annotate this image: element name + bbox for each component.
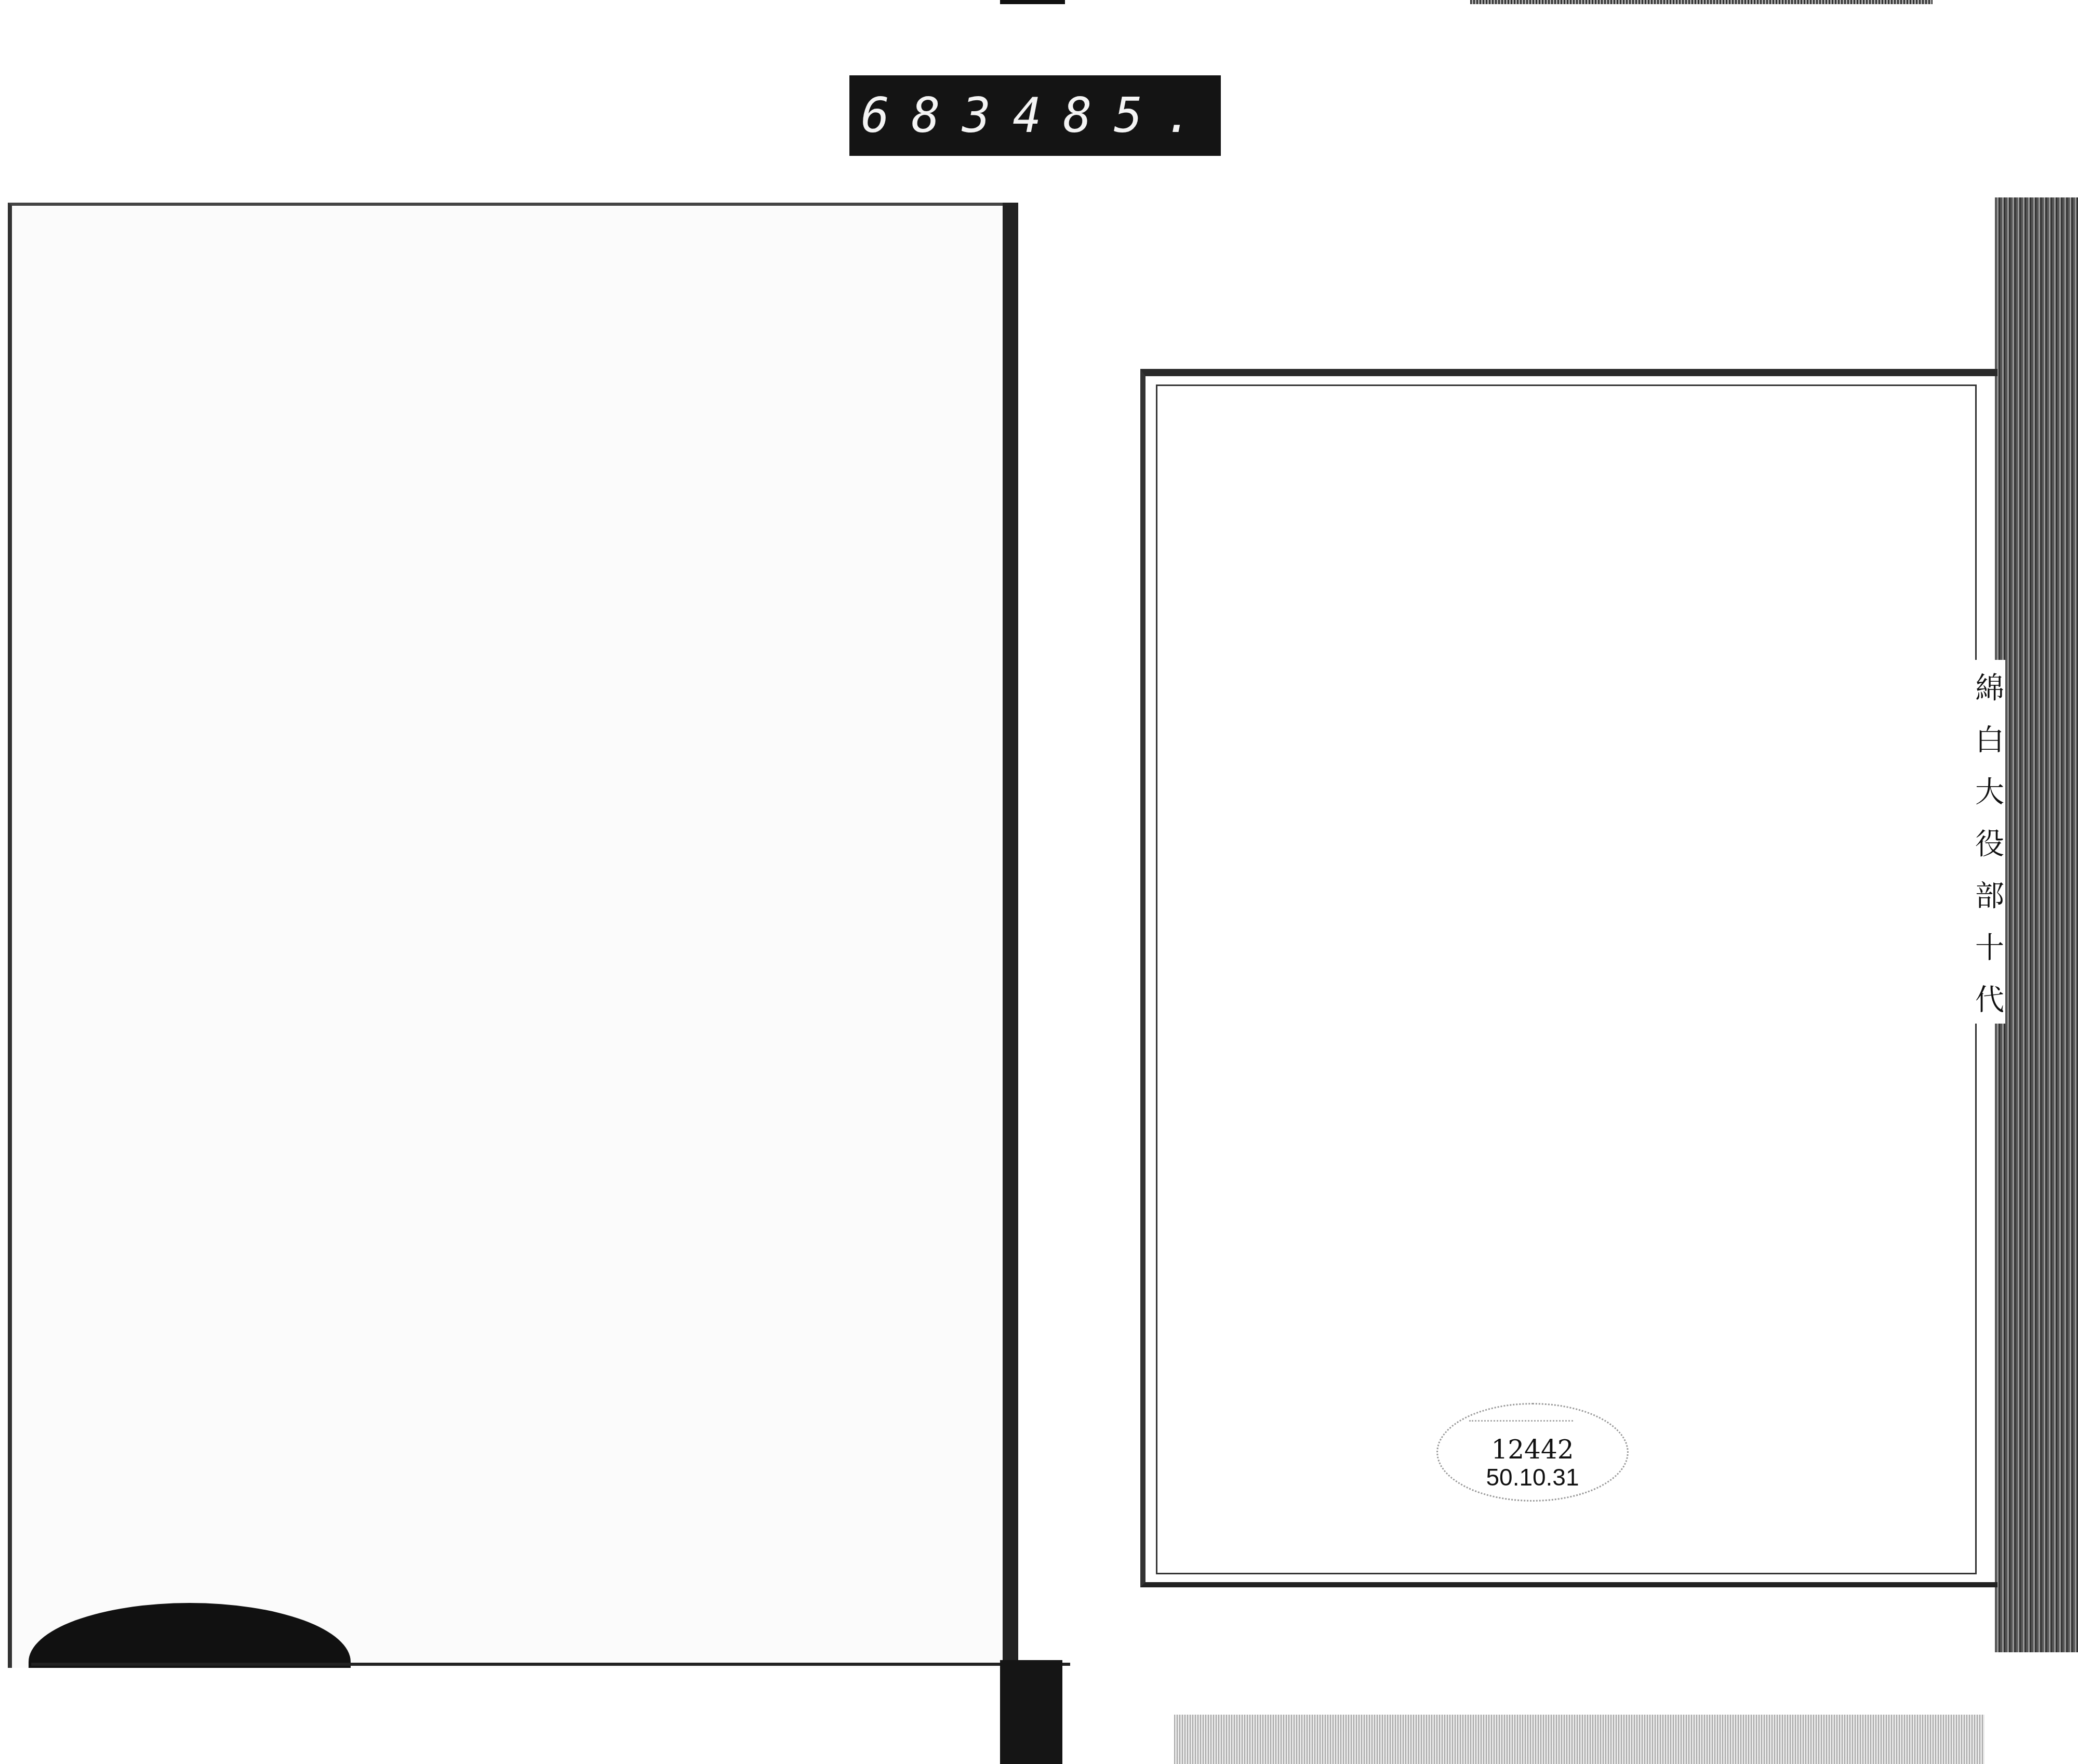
frame-counter-label: 683 485. [849,75,1221,156]
scan-bottom-noise [1174,1715,1984,1764]
spine-title-label: 綿 白 大 役 部 十 代 [1974,660,2005,1024]
frame-number-left: 683 [861,88,1013,143]
left-page-cover [8,203,1018,1668]
spine-char: 十 [1975,925,2004,966]
binding-bottom-shadow [1000,1660,1062,1764]
right-page-inner-border [1156,384,1977,1574]
spine-char: 白 [1975,717,2004,759]
spine-char: 綿 [1975,665,2004,707]
spine-char: 部 [1975,873,2004,914]
stamp-faded-header [1469,1420,1573,1432]
frame-number-right: 485. [1013,88,1215,143]
spine-char: 役 [1975,821,2004,863]
spine-char: 大 [1975,769,2004,811]
scan-edge-mark [1000,0,1065,4]
accession-date: 50.10.31 [1486,1464,1579,1491]
left-page-bottom-edge [31,1663,1070,1666]
accession-number: 12442 [1491,1436,1574,1464]
scan-edge-strip [1470,0,1933,4]
left-page-spine-edge [1003,203,1018,1668]
spine-char: 代 [1975,977,2004,1018]
library-accession-stamp: 12442 50.10.31 [1436,1403,1629,1502]
right-book-edge [1995,197,2078,1652]
